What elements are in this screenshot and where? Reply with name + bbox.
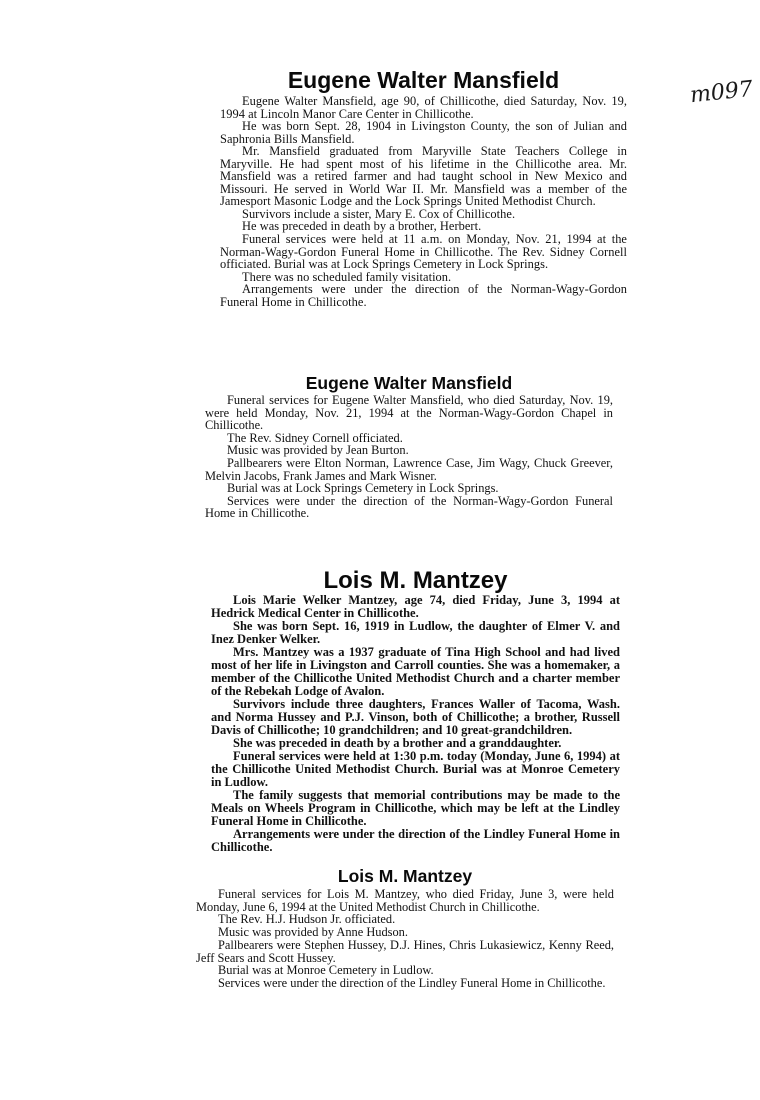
- obituary-eugene-mansfield: Eugene Walter Mansfield Eugene Walter Ma…: [220, 66, 627, 308]
- obituary-paragraph: Survivors include three daughters, Franc…: [211, 698, 620, 737]
- obituary-paragraph: Eugene Walter Mansfield, age 90, of Chil…: [220, 95, 627, 120]
- obituary-title: Lois M. Mantzey: [196, 866, 614, 887]
- obituary-paragraph: Funeral services were held at 1:30 p.m. …: [211, 750, 620, 789]
- obituary-title: Eugene Walter Mansfield: [205, 372, 613, 394]
- obituary-paragraph: Lois Marie Welker Mantzey, age 74, died …: [211, 594, 620, 620]
- obituary-paragraph: The family suggests that memorial contri…: [211, 789, 620, 828]
- obituary-paragraph: He was born Sept. 28, 1904 in Livingston…: [220, 120, 627, 145]
- obituary-paragraph: Funeral services were held at 11 a.m. on…: [220, 233, 627, 271]
- obituary-paragraph: Music was provided by Anne Hudson.: [196, 926, 614, 939]
- obituary-paragraph: Arrangements were under the direction of…: [220, 283, 627, 308]
- obituary-paragraph: Funeral services for Eugene Walter Mansf…: [205, 394, 613, 432]
- obituary-paragraph: Services were under the direction of the…: [205, 495, 613, 520]
- obituary-paragraph: Arrangements were under the direction of…: [211, 828, 620, 854]
- funeral-notice-lois-mantzey: Lois M. Mantzey Funeral services for Loi…: [196, 866, 614, 990]
- obituary-paragraph: Pallbearers were Elton Norman, Lawrence …: [205, 457, 613, 482]
- obituary-title: Lois M. Mantzey: [211, 567, 620, 594]
- obituary-paragraph: She was born Sept. 16, 1919 in Ludlow, t…: [211, 620, 620, 646]
- obituary-paragraph: Mrs. Mantzey was a 1937 graduate of Tina…: [211, 646, 620, 698]
- obituary-paragraph: Burial was at Lock Springs Cemetery in L…: [205, 482, 613, 495]
- obituary-paragraph: Pallbearers were Stephen Hussey, D.J. Hi…: [196, 939, 614, 964]
- handwritten-archive-mark: m097: [689, 77, 754, 108]
- funeral-notice-eugene-mansfield: Eugene Walter Mansfield Funeral services…: [205, 372, 613, 520]
- obituary-paragraph: Funeral services for Lois M. Mantzey, wh…: [196, 888, 614, 913]
- obituary-paragraph: Services were under the direction of the…: [196, 977, 614, 990]
- obituary-title: Eugene Walter Mansfield: [220, 66, 627, 94]
- obituary-lois-mantzey: Lois M. Mantzey Lois Marie Welker Mantze…: [211, 567, 620, 854]
- obituary-paragraph: Mr. Mansfield graduated from Maryville S…: [220, 145, 627, 208]
